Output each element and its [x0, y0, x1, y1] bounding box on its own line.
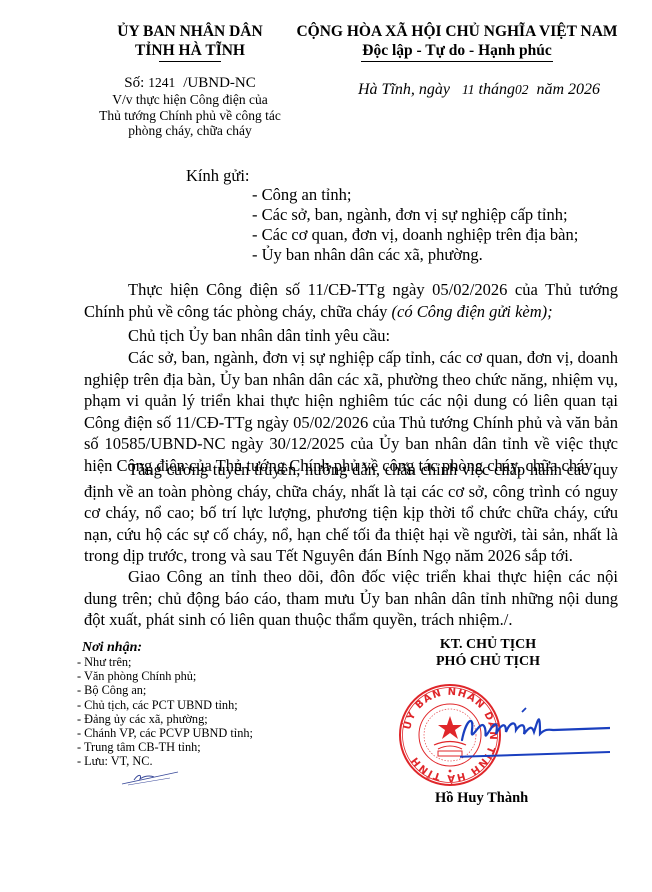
- distribution-item: - Chủ tịch, các PCT UBND tỉnh;: [77, 698, 253, 712]
- distribution-item: - Như trên;: [77, 655, 253, 669]
- motto-underline: [361, 61, 553, 62]
- issuing-agency-block: ỦY BAN NHÂN DÂN TỈNH HÀ TĨNH Số:1241/UBN…: [92, 22, 288, 139]
- distribution-item: - Bộ Công an;: [77, 683, 253, 697]
- recipient-item: - Công an tỉnh;: [252, 185, 578, 205]
- distribution-item: - Chánh VP, các PCVP UBND tỉnh;: [77, 726, 253, 740]
- national-motto: Độc lập - Tự do - Hạnh phúc: [292, 41, 622, 60]
- date-line: Hà Tĩnh, ngày 11 tháng02 năm 2026: [358, 81, 600, 99]
- body-paragraph-4: Tăng cường tuyên truyền, hướng dẫn, chấn…: [84, 459, 618, 567]
- subject-line-3: phòng cháy, chữa cháy: [92, 123, 288, 139]
- distribution-list: - Như trên; - Văn phòng Chính phủ; - Bộ …: [77, 655, 253, 769]
- signature-title: KT. CHỦ TỊCH PHÓ CHỦ TỊCH: [400, 637, 576, 670]
- distribution-item: - Đảng ủy các xã, phường;: [77, 712, 253, 726]
- subject-line-1: V/v thực hiện Công điện của: [92, 92, 288, 108]
- document-number-value: 1241: [148, 75, 175, 90]
- body-paragraph-1: Thực hiện Công điện số 11/CĐ-TTg ngày 05…: [84, 279, 618, 323]
- recipient-item: - Ủy ban nhân dân các xã, phường.: [252, 245, 578, 265]
- document-number: Số:1241/UBND-NC: [92, 74, 288, 92]
- national-heading-block: CỘNG HÒA XÃ HỘI CHỦ NGHĨA VIỆT NAM Độc l…: [292, 22, 622, 62]
- recipients-label: Kính gửi:: [186, 166, 250, 186]
- recipients-list: - Công an tỉnh; - Các sở, ban, ngành, đơ…: [252, 185, 578, 265]
- signer-name: Hồ Huy Thành: [435, 790, 528, 807]
- agency-underline: [159, 61, 221, 62]
- body-paragraph-2: Chủ tịch Ủy ban nhân dân tỉnh yêu cầu:: [84, 325, 618, 347]
- date-day: 11: [462, 82, 475, 97]
- recipient-item: - Các cơ quan, đơn vị, doanh nghiệp trên…: [252, 225, 578, 245]
- date-month: 02: [515, 82, 529, 97]
- distribution-item: - Trung tâm CB-TH tỉnh;: [77, 740, 253, 754]
- agency-name-line2: TỈNH HÀ TĨNH: [92, 41, 288, 60]
- subject-line-2: Thủ tướng Chính phủ về công tác: [92, 108, 288, 124]
- attachment-note: (có Công điện gửi kèm);: [392, 302, 553, 321]
- body-paragraph-3: Các sở, ban, ngành, đơn vị sự nghiệp cấp…: [84, 347, 618, 477]
- agency-name-line1: ỦY BAN NHÂN DÂN: [92, 22, 288, 41]
- recipient-item: - Các sở, ban, ngành, đơn vị sự nghiệp c…: [252, 205, 578, 225]
- national-title: CỘNG HÒA XÃ HỘI CHỦ NGHĨA VIỆT NAM: [292, 22, 622, 41]
- distribution-item: - Văn phòng Chính phủ;: [77, 669, 253, 683]
- initials-mark-icon: [120, 768, 180, 786]
- body-paragraph-5: Giao Công an tỉnh theo dõi, đôn đốc việc…: [84, 566, 618, 631]
- distribution-item: - Lưu: VT, NC.: [77, 754, 253, 768]
- handwritten-signature-icon: [460, 700, 610, 760]
- distribution-title: Nơi nhận:: [82, 640, 142, 655]
